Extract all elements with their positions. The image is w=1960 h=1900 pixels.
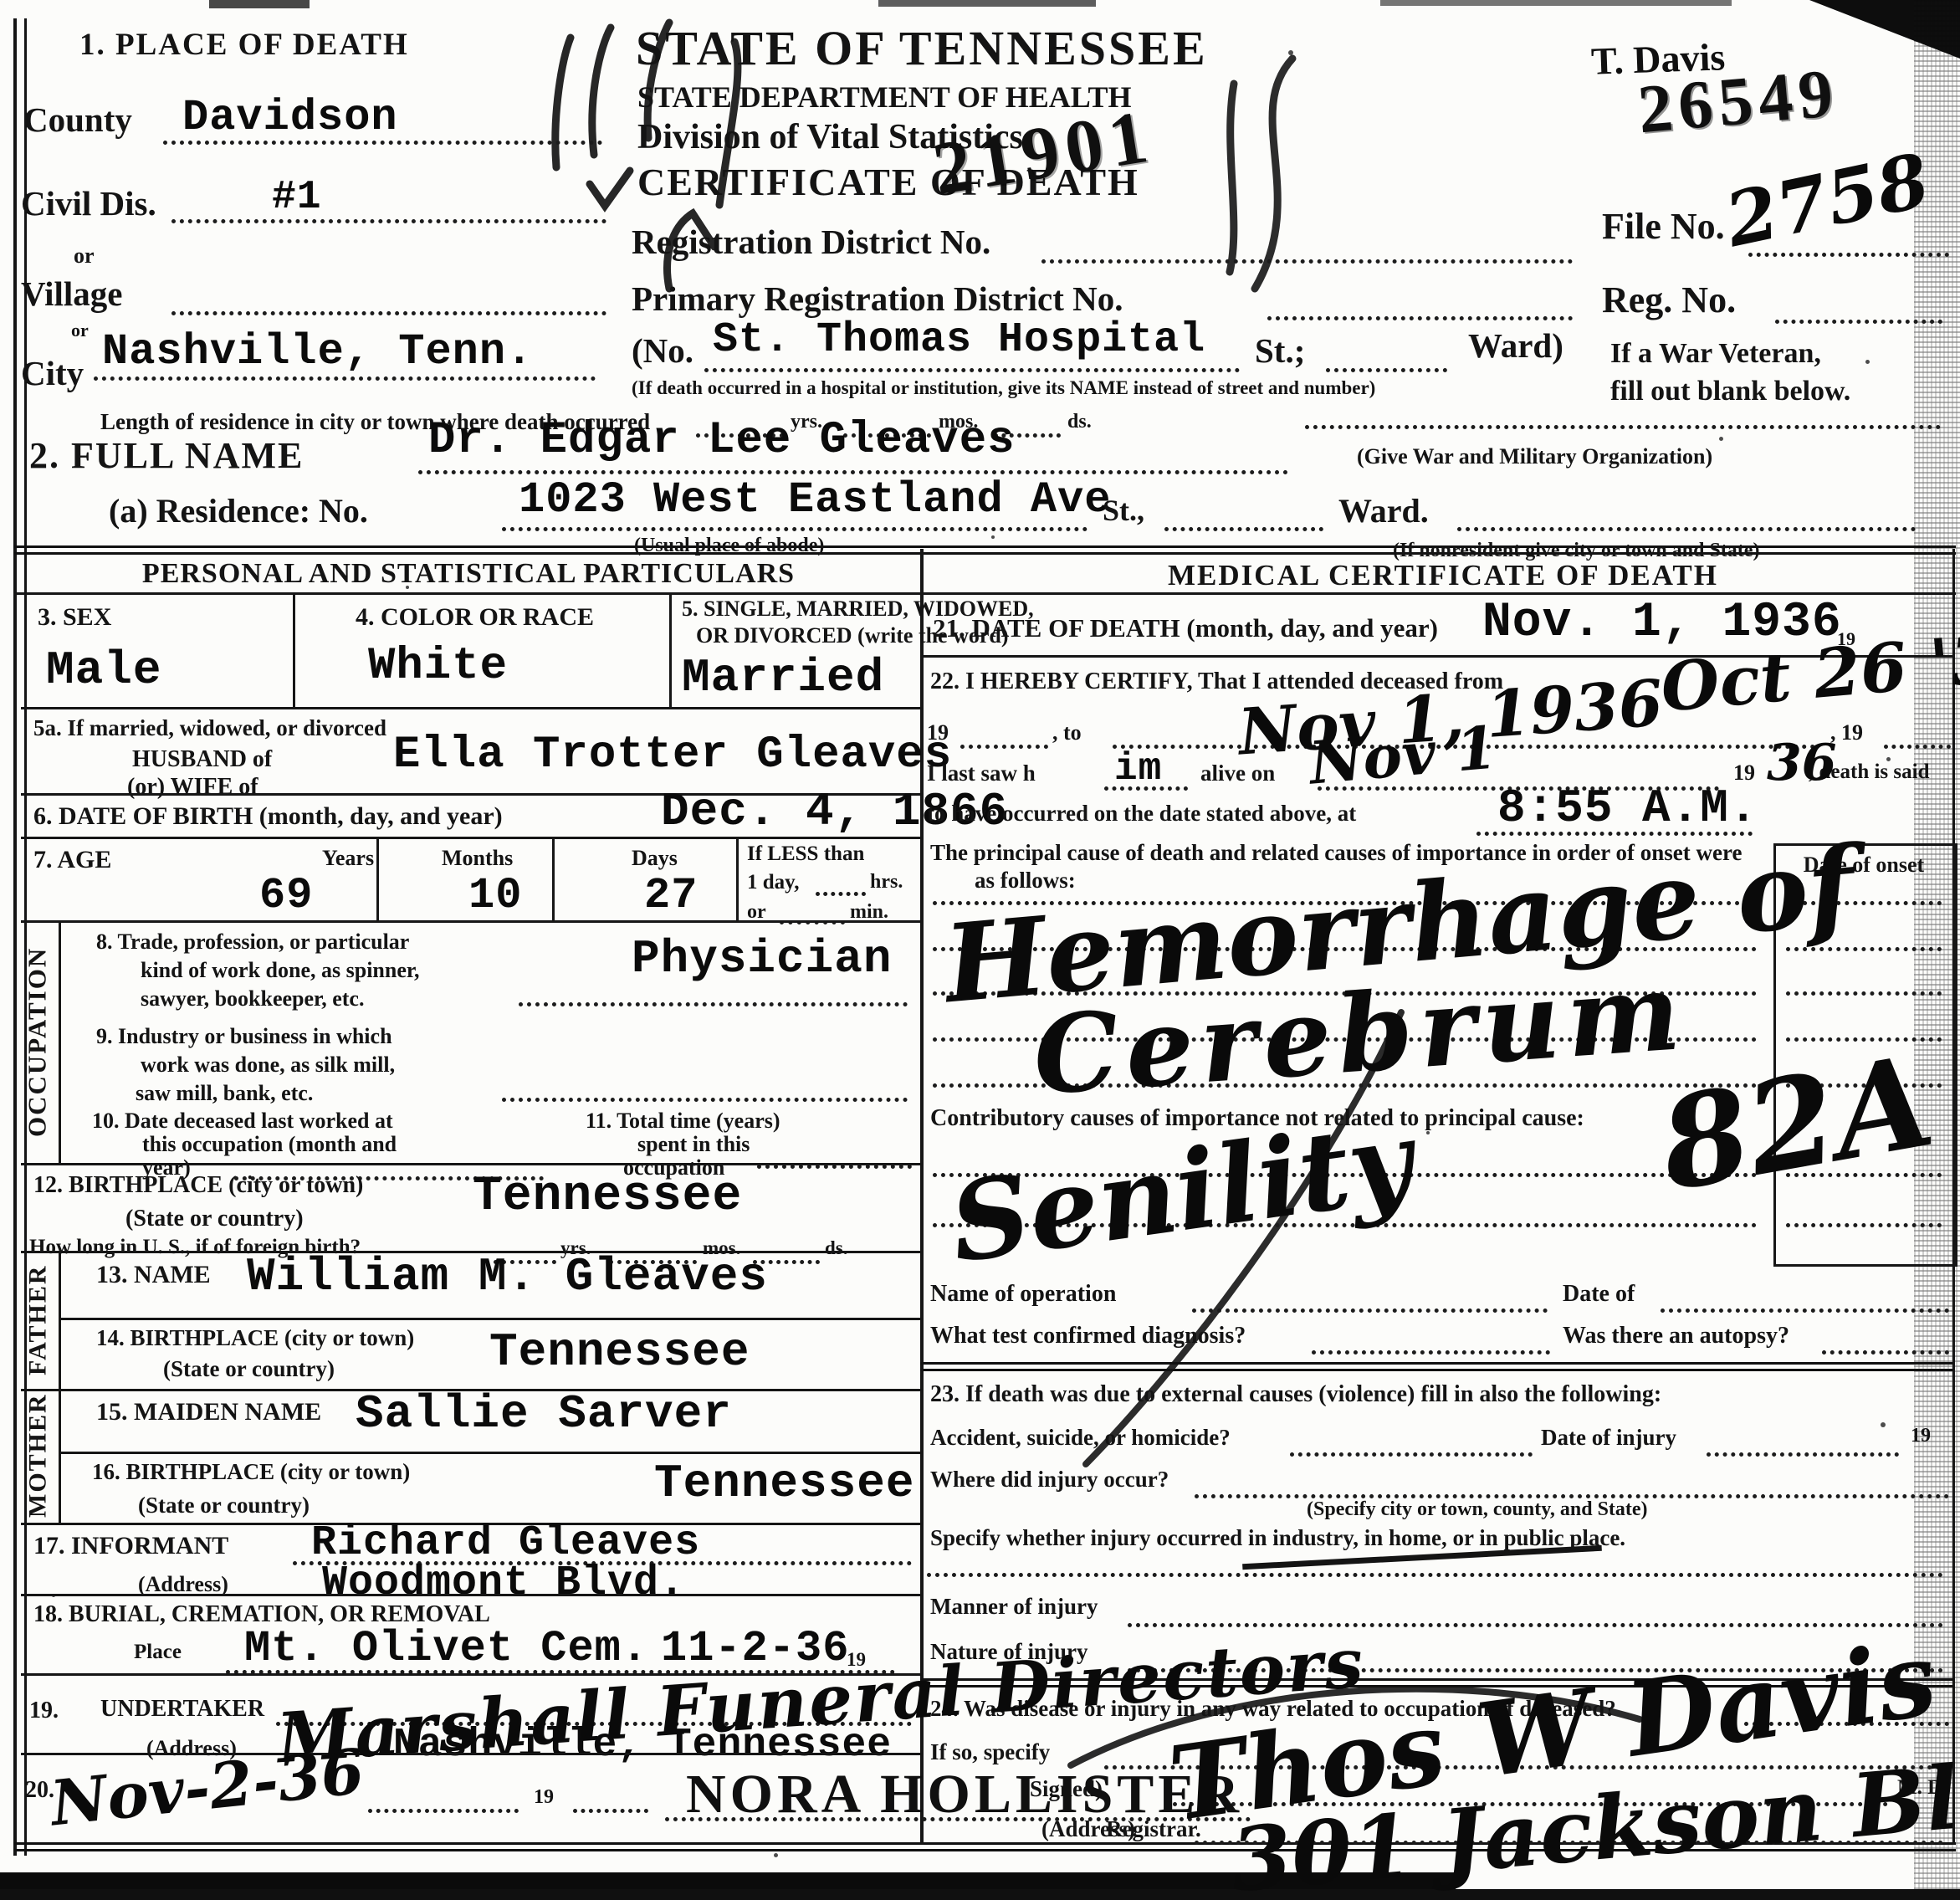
noise-speck <box>1719 437 1723 441</box>
marital-value: Married <box>682 654 884 701</box>
death-time-value: 8:55 A.M. <box>1497 785 1758 832</box>
burial-place-value: Mt. Olivet Cem. <box>244 1627 648 1671</box>
test-line <box>1312 1350 1550 1355</box>
contributory-line <box>1786 1223 1942 1227</box>
row-divider <box>21 1594 920 1596</box>
birthplace-label-1: 12. BIRTHPLACE (city or town) <box>33 1173 363 1197</box>
civil-district-label: Civil Dis. <box>21 186 156 222</box>
village-label: Village <box>21 276 122 312</box>
mother-strip-border <box>59 1389 61 1523</box>
row-divider <box>59 1318 920 1320</box>
father-birthplace-label-1: 14. BIRTHPLACE (city or town) <box>96 1326 414 1349</box>
injury-date-label: Date of injury <box>1541 1426 1676 1449</box>
occupation-vertical-label: OCCUPATION <box>18 924 57 1159</box>
operation-label: Name of operation <box>930 1282 1116 1306</box>
occ-8-line <box>519 1002 908 1006</box>
last-saw-year-script: 36 <box>1767 738 1837 788</box>
certificate-number-stamp: 26549 <box>1635 59 1841 145</box>
mother-name-value: Sallie Sarver <box>356 1390 732 1437</box>
dob-label: 6. DATE OF BIRTH (month, day, and year) <box>33 803 503 830</box>
father-birthplace-label-2: (State or country) <box>163 1357 335 1380</box>
occurred-label: to have occurred on the date stated abov… <box>927 801 1356 825</box>
registration-district-line <box>1041 259 1573 264</box>
occupation-strip-border <box>59 920 61 1163</box>
war-org-line <box>1305 425 1941 429</box>
village-line <box>171 311 606 315</box>
residence-line <box>502 527 1087 531</box>
primary-registration-line <box>1267 316 1573 320</box>
file-no-label: File No. <box>1602 207 1725 246</box>
color-race-value: White <box>368 644 508 689</box>
sex-value: Male <box>46 647 161 694</box>
manner-injury-line <box>1128 1623 1943 1627</box>
accident-line <box>1290 1452 1533 1457</box>
residence-st-label: St., <box>1103 495 1144 527</box>
noise-speck <box>1865 360 1870 364</box>
ward-paren-label: Ward) <box>1468 328 1563 364</box>
registrar-stamp: NORA HOLLISTER <box>686 1767 1243 1822</box>
mother-vertical-label: MOTHER <box>18 1390 57 1521</box>
or-label: or <box>74 244 95 267</box>
manner-injury-label: Manner of injury <box>930 1595 1098 1618</box>
date-of-death-label: 21. DATE OF DEATH (month, day, and year) <box>933 615 1438 643</box>
last-saw-label-1: I last saw h <box>927 761 1036 785</box>
operation-line <box>1192 1308 1548 1313</box>
personal-section-header: PERSONAL AND STATISTICAL PARTICULARS <box>50 559 887 589</box>
operation-date-line <box>1661 1308 1949 1313</box>
occ-9-line <box>502 1098 908 1102</box>
row-divider <box>21 837 920 839</box>
bottom-scan-band-2 <box>0 1889 1960 1900</box>
sex-label: 3. SEX <box>38 604 111 631</box>
accident-label: Accident, suicide, or homicide? <box>930 1426 1231 1449</box>
war-veteran-note-1: If a War Veteran, <box>1610 339 1821 369</box>
spouse-label-2: HUSBAND of <box>132 747 272 771</box>
last-saw-im: im <box>1114 750 1162 788</box>
filed-line-1 <box>368 1809 519 1813</box>
informant-label: 17. INFORMANT <box>33 1533 228 1559</box>
father-birthplace-value: Tennessee <box>489 1329 750 1375</box>
father-name-value: William M. Gleaves <box>247 1253 768 1300</box>
occupation-value: Physician <box>632 935 892 982</box>
blank-line <box>927 1573 1943 1577</box>
civil-district-value: #1 <box>272 177 322 218</box>
row-divider <box>21 707 920 709</box>
section-rule <box>920 1362 1954 1371</box>
top-edge-smear <box>1380 0 1732 6</box>
mother-birthplace-label-2: (State or country) <box>138 1493 310 1517</box>
registration-district-label: Registration District No. <box>632 224 990 260</box>
place-of-death-title: 1. PLACE OF DEATH <box>79 29 409 62</box>
abode-note: (Usual place of abode) <box>634 535 824 556</box>
war-org-note: (Give War and Military Organization) <box>1357 445 1712 468</box>
noise-speck <box>1881 1422 1886 1427</box>
row-divider <box>59 1452 920 1454</box>
occ-9-label-1: 9. Industry or business in which <box>96 1025 392 1047</box>
hospital-value: St. Thomas Hospital <box>713 320 1205 361</box>
noise-speck <box>991 535 995 539</box>
age-hrs-label: hrs. <box>870 872 903 893</box>
top-edge-smear <box>209 0 310 8</box>
certify-line-3 <box>1884 745 1951 749</box>
occ-8-label-2: kind of work done, as spinner, <box>141 959 420 981</box>
noise-speck <box>1426 1131 1430 1134</box>
state-title: STATE OF TENNESSEE <box>636 23 1208 74</box>
noise-speck <box>774 1853 778 1857</box>
residence-ward-line <box>1457 527 1916 531</box>
operation-date-label: Date of <box>1563 1282 1635 1306</box>
full-name-label: 2. FULL NAME <box>29 437 304 475</box>
occ-11-label-2: spent in this <box>637 1133 750 1155</box>
county-line <box>163 141 602 145</box>
cell-divider <box>552 837 555 920</box>
cell-divider <box>376 837 379 920</box>
row-divider <box>21 1163 920 1165</box>
age-days-label: Days <box>632 847 678 869</box>
father-vertical-label: FATHER <box>18 1253 57 1387</box>
column-header-rule <box>13 592 1956 595</box>
mother-birthplace-value: Tennessee <box>654 1460 914 1507</box>
last-saw-line-1 <box>1104 786 1188 791</box>
birthplace-label-2: (State or country) <box>125 1206 304 1231</box>
undertaker-number: 19. <box>29 1698 59 1723</box>
or-label: or <box>71 320 89 340</box>
cell-divider <box>669 594 672 707</box>
cell-divider <box>736 837 739 920</box>
injury-19-label: 19 <box>1911 1426 1931 1447</box>
county-value: Davidson <box>182 96 398 140</box>
residence-st-line <box>1164 527 1323 531</box>
certify-19-1: 19 <box>927 721 949 744</box>
age-months-label: Months <box>442 847 513 869</box>
age-days-value: 27 <box>644 874 698 918</box>
death-certificate-scan: 1. PLACE OF DEATH County Davidson Civil … <box>0 0 1960 1900</box>
occ-11-label-1: 11. Total time (years) <box>586 1109 780 1132</box>
filed-19-label: 19 <box>534 1787 554 1808</box>
residence-value: 1023 West Eastland Ave <box>519 479 1112 522</box>
father-name-label: 13. NAME <box>96 1262 211 1288</box>
residence-ward-label: Ward. <box>1338 494 1429 529</box>
undertaker-label: UNDERTAKER <box>100 1697 264 1721</box>
full-name-line <box>418 470 1288 474</box>
certify-to: , to <box>1052 721 1082 744</box>
principal-cause-label-2: as follows: <box>975 868 1076 892</box>
last-saw-script: Nov 1 <box>1307 718 1499 792</box>
cell-divider <box>293 594 295 707</box>
mother-name-label: 15. MAIDEN NAME <box>96 1399 321 1426</box>
certify-line-1 <box>960 745 1048 749</box>
occ-10-label-2: this occupation (month and <box>142 1133 397 1155</box>
color-race-label: 4. COLOR OR RACE <box>356 604 594 631</box>
pen-scribble <box>1205 46 1338 305</box>
file-no-value: 2758 <box>1720 143 1936 258</box>
occ-8-label-3: sawyer, bookkeeper, etc. <box>141 987 364 1010</box>
age-hrs-line <box>816 892 866 896</box>
autopsy-line <box>1822 1350 1949 1355</box>
injury-date-line <box>1707 1452 1899 1457</box>
city-label: City <box>21 356 84 392</box>
birthplace-value: Tennessee <box>473 1173 742 1221</box>
occ-9-label-2: work was done, as silk mill, <box>141 1053 395 1076</box>
hospital-note: (If death occurred in a hospital or inst… <box>632 378 1375 398</box>
age-less-label-2: 1 day, <box>747 872 800 894</box>
cause-line <box>1786 991 1942 996</box>
hospital-line <box>704 368 1240 372</box>
informant-value: Richard Gleaves <box>311 1523 700 1565</box>
city-line <box>94 376 596 381</box>
occ-10-label-1: 10. Date deceased last worked at <box>92 1109 393 1132</box>
row-divider <box>21 920 920 923</box>
medical-section-header: MEDICAL CERTIFICATE OF DEATH <box>962 561 1924 592</box>
specify-whether-label: Specify whether injury occurred in indus… <box>930 1526 1625 1549</box>
violence-label: 23. If death was due to external causes … <box>930 1382 1661 1406</box>
occ-9-label-3: saw mill, bank, etc. <box>136 1082 313 1104</box>
informant-address-value: Woodmont Blvd. <box>322 1563 685 1605</box>
street-no-label: (No. <box>632 333 693 369</box>
age-label: 7. AGE <box>33 847 111 873</box>
residence-label: (a) Residence: No. <box>109 494 368 529</box>
full-name-value: Dr. Edgar Lee Gleaves <box>428 418 1016 463</box>
st-line <box>1326 368 1447 372</box>
city-value: Nashville, Tenn. <box>102 330 533 374</box>
civil-district-line <box>171 219 606 223</box>
ds-label: ds. <box>1067 412 1092 433</box>
age-years-value: 69 <box>259 874 313 918</box>
war-veteran-note-2: fill out blank below. <box>1610 376 1850 407</box>
reg-no-line <box>1775 320 1942 324</box>
age-months-value: 10 <box>468 874 522 918</box>
occ-8-label-1: 8. Trade, profession, or particular <box>96 930 409 953</box>
where-injury-label: Where did injury occur? <box>930 1467 1169 1491</box>
informant-address-label: (Address) <box>138 1573 228 1595</box>
if-so-label: If so, specify <box>930 1740 1050 1764</box>
file-no-line <box>1748 253 1949 257</box>
burial-label: 18. BURIAL, CREMATION, OR REMOVAL <box>33 1602 490 1626</box>
mother-birthplace-label-1: 16. BIRTHPLACE (city or town) <box>92 1460 410 1483</box>
autopsy-label: Was there an autopsy? <box>1563 1324 1789 1348</box>
foreign-ds: ds. <box>825 1238 848 1258</box>
age-years-label: Years <box>322 847 374 869</box>
county-label: County <box>23 102 132 138</box>
test-label: What test confirmed diagnosis? <box>930 1324 1246 1348</box>
primary-registration-label: Primary Registration District No. <box>632 281 1123 317</box>
age-less-label-1: If LESS than <box>747 843 864 865</box>
top-edge-smear <box>878 0 1096 7</box>
spouse-label-1: 5a. If married, widowed, or divorced <box>33 716 386 740</box>
reg-no-label: Reg. No. <box>1602 281 1736 320</box>
st-label: St.; <box>1255 333 1305 369</box>
specify-city-note: (Specify city or town, county, and State… <box>1307 1499 1648 1520</box>
burial-place-label: Place <box>134 1641 182 1663</box>
spouse-value: Ella Trotter Gleaves <box>393 733 952 778</box>
filed-line-2 <box>573 1809 648 1813</box>
